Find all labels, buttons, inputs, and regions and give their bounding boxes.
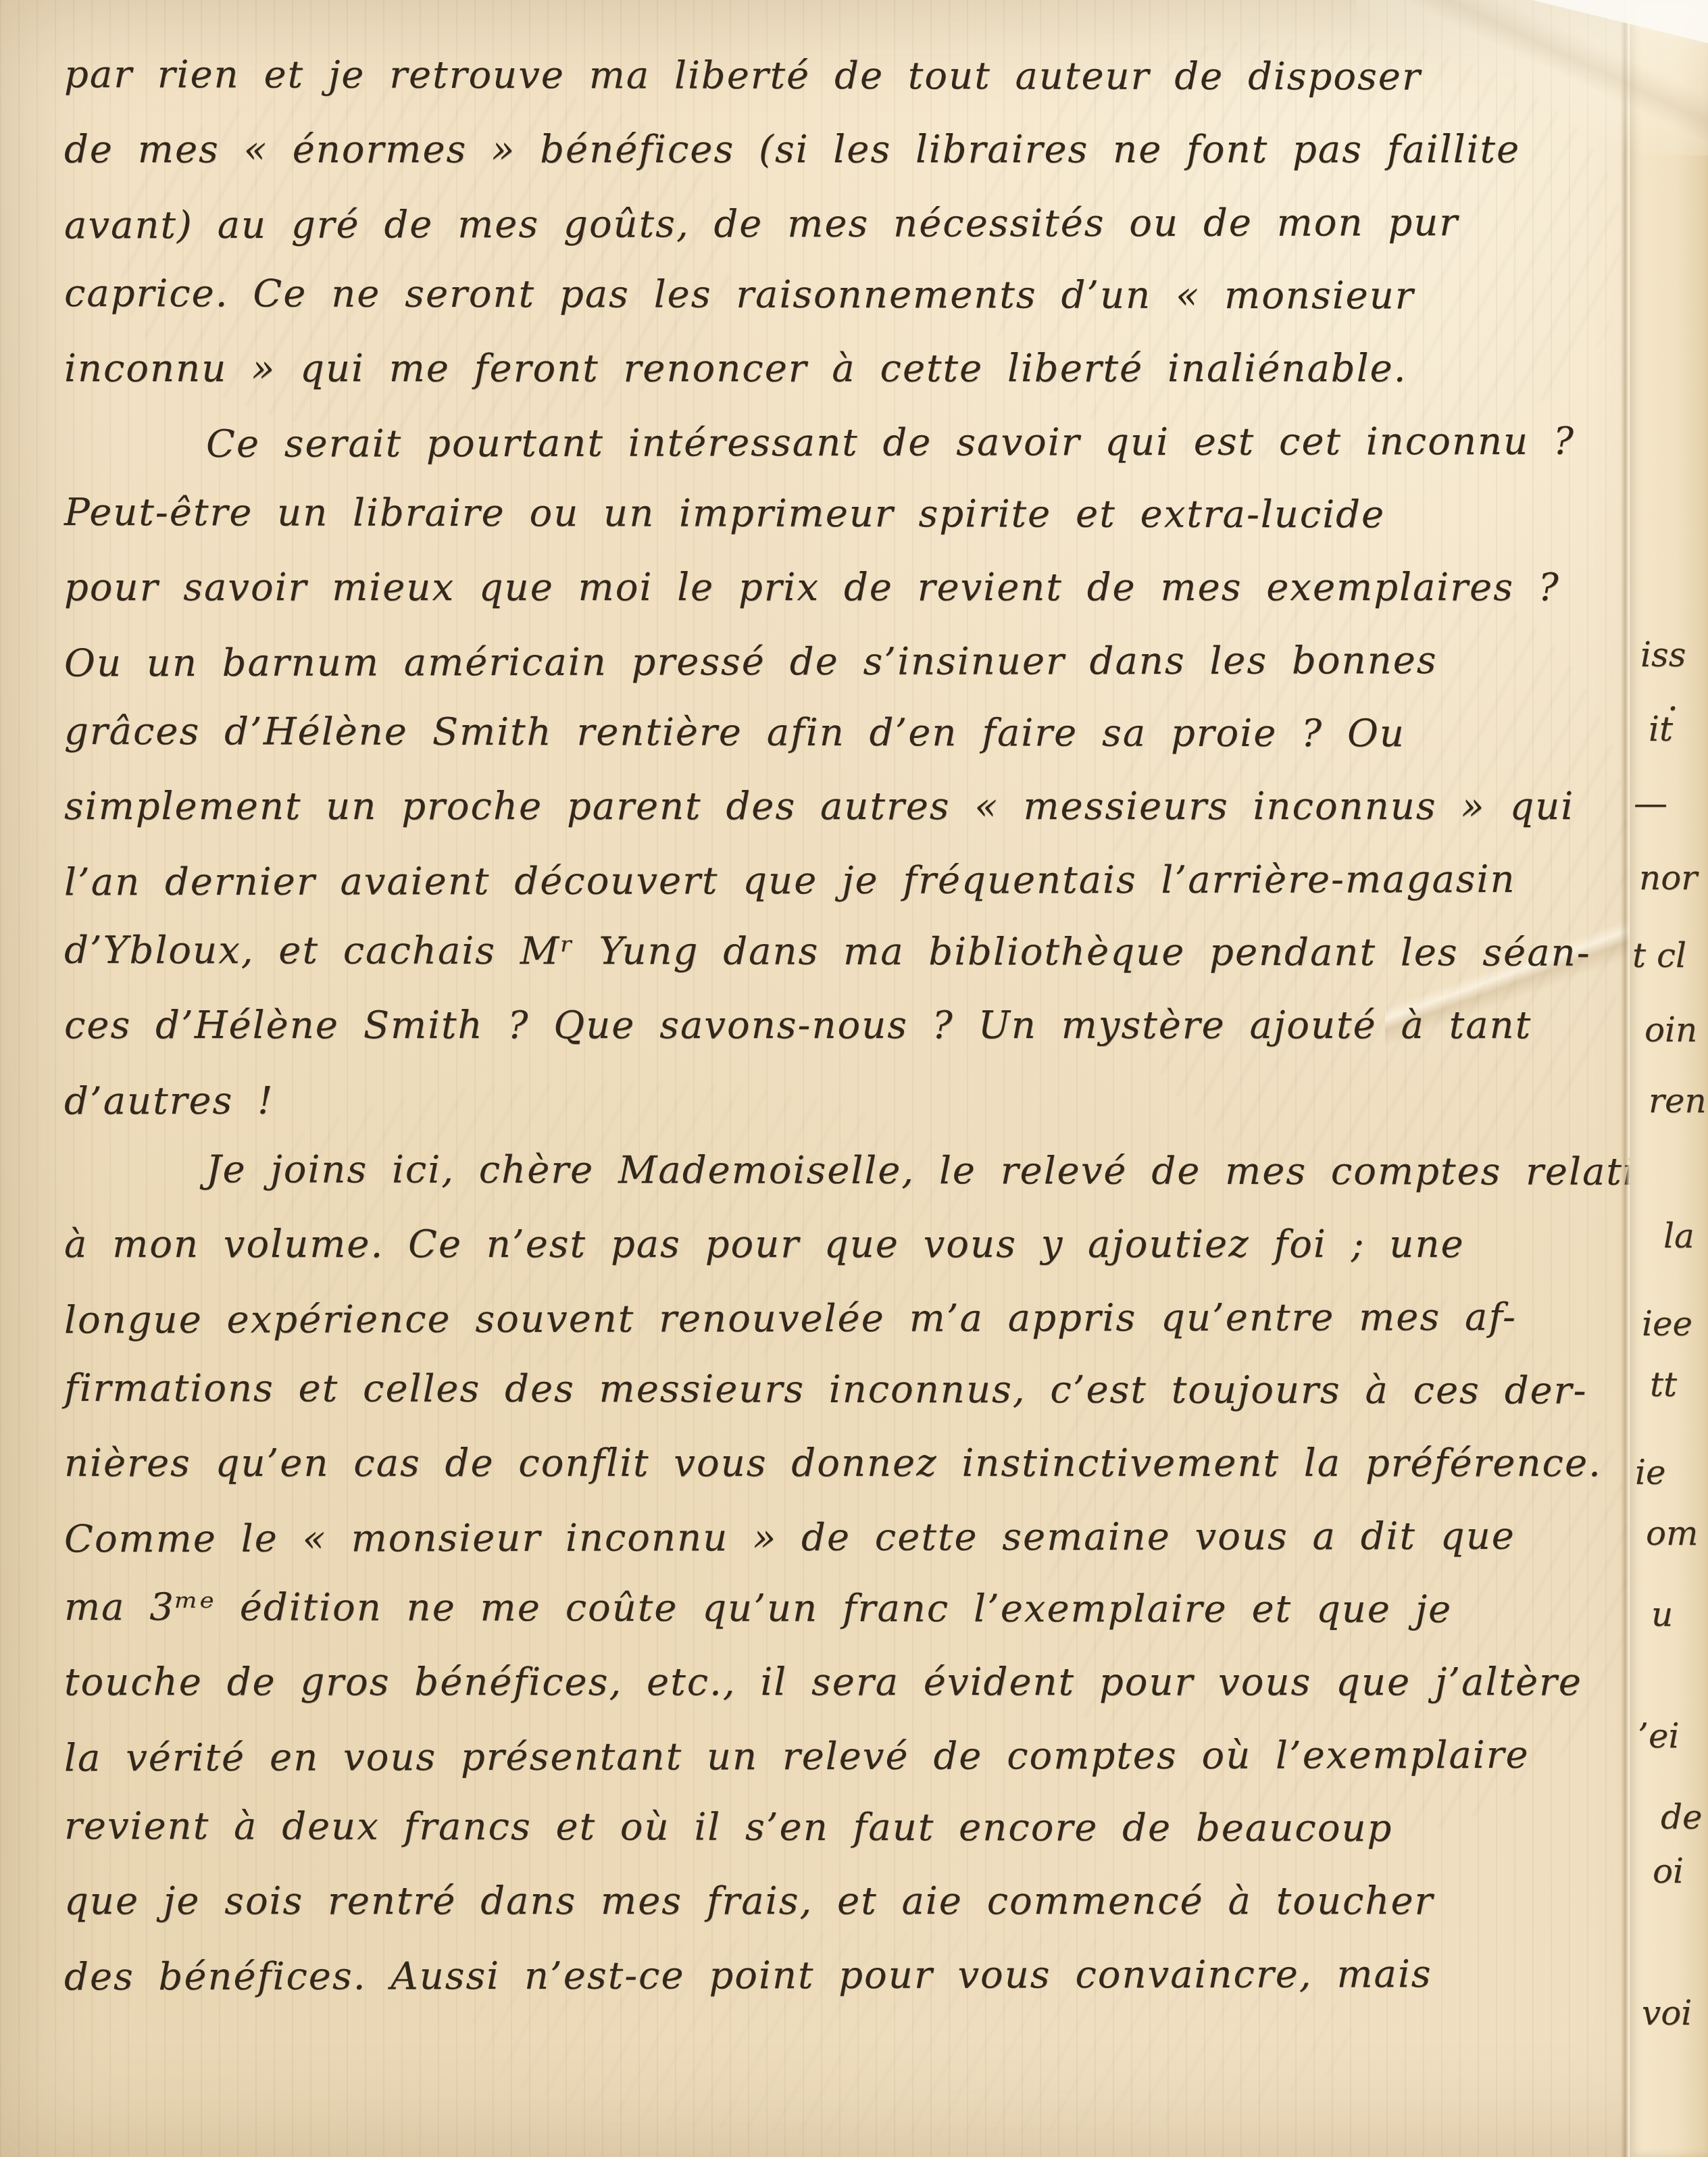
letter-line: longue expérience souvent renouvelée m’a… [64, 1281, 1632, 1358]
letter-line: caprice. Ce ne seront pas les raisonneme… [64, 257, 1632, 333]
letter-line: à mon volume. Ce n’est pas pour que vous… [64, 1208, 1632, 1281]
letter-line: ma 3ᵐᵉ édition ne me coûte qu’un franc l… [64, 1571, 1632, 1647]
adjacent-page-text-fragment: iss [1640, 635, 1686, 674]
letter-line: avant) au gré de mes goûts, de mes néces… [64, 187, 1632, 263]
letter-line: des bénéfices. Aussi n’est-ce point pour… [64, 1938, 1632, 2014]
adjacent-page-text-fragment: iee [1642, 1304, 1692, 1343]
letter-line: que je sois rentré dans mes frais, et ai… [64, 1865, 1632, 1938]
letter-line: grâces d’Hélène Smith rentière afin d’en… [64, 695, 1632, 771]
underlying-page-edge: iss.it—nort cloinrenlaieettieomu’eideoiv… [1630, 0, 1708, 2157]
adjacent-page-text-fragment: om [1646, 1514, 1699, 1553]
adjacent-page-text-fragment: u [1651, 1595, 1673, 1634]
adjacent-page-text-fragment: tt [1650, 1365, 1677, 1404]
adjacent-page-text-fragment: t cl [1632, 936, 1686, 975]
adjacent-page-text-fragment: ren [1649, 1081, 1707, 1120]
adjacent-page-text-fragment: de [1661, 1797, 1703, 1837]
adjacent-page-text-fragment: it [1649, 710, 1673, 749]
letter-line: d’Ybloux, et cachais Mʳ Yung dans ma bib… [64, 914, 1632, 990]
letter-text: par rien et je retrouve ma liberté de to… [64, 41, 1632, 2011]
adjacent-page-text-fragment: — [1634, 784, 1667, 823]
letter-line: Peut-être un libraire ou un imprimeur sp… [64, 476, 1632, 552]
letter-line: Comme le « monsieur inconnu » de cette s… [64, 1500, 1632, 1577]
letter-line: Ce serait pourtant intéressant de savoir… [64, 405, 1632, 482]
adjacent-page-text-fragment: oi [1653, 1852, 1684, 1891]
adjacent-page-text-fragment: la [1663, 1216, 1694, 1256]
letter-page: par rien et je retrouve ma liberté de to… [0, 0, 1708, 2157]
adjacent-page-text-fragment: ’ei [1638, 1716, 1679, 1756]
scan-background-corner [1532, 0, 1708, 43]
letter-line: simplement un proche parent des autres «… [64, 770, 1632, 843]
letter-line: l’an dernier avaient découvert que je fr… [64, 843, 1632, 920]
letter-line: nières qu’en cas de conflit vous donnez … [64, 1427, 1632, 1500]
letter-line: ces d’Hélène Smith ? Que savons-nous ? U… [64, 989, 1632, 1062]
letter-line: Ou un barnum américain pressé de s’insin… [64, 624, 1632, 701]
letter-line: revient à deux francs et où il s’en faut… [64, 1790, 1632, 1866]
adjacent-page-text-fragment: oin [1644, 1010, 1697, 1049]
letter-line: la vérité en vous présentant un relevé d… [64, 1719, 1632, 1795]
adjacent-page-text-fragment: nor [1639, 858, 1697, 897]
letter-line: firmations et celles des messieurs incon… [64, 1352, 1632, 1428]
letter-line: inconnu » qui me feront renoncer à cette… [64, 332, 1632, 405]
adjacent-page-text-fragment: ie [1635, 1453, 1666, 1492]
letter-line: d’autres ! [64, 1062, 1632, 1139]
letter-line: pour savoir mieux que moi le prix de rev… [64, 551, 1632, 624]
adjacent-page-text-fragment: voi [1642, 1993, 1692, 2033]
letter-line: touche de gros bénéfices, etc., il sera … [64, 1646, 1632, 1719]
letter-line: Je joins ici, chère Mademoiselle, le rel… [64, 1133, 1632, 1209]
